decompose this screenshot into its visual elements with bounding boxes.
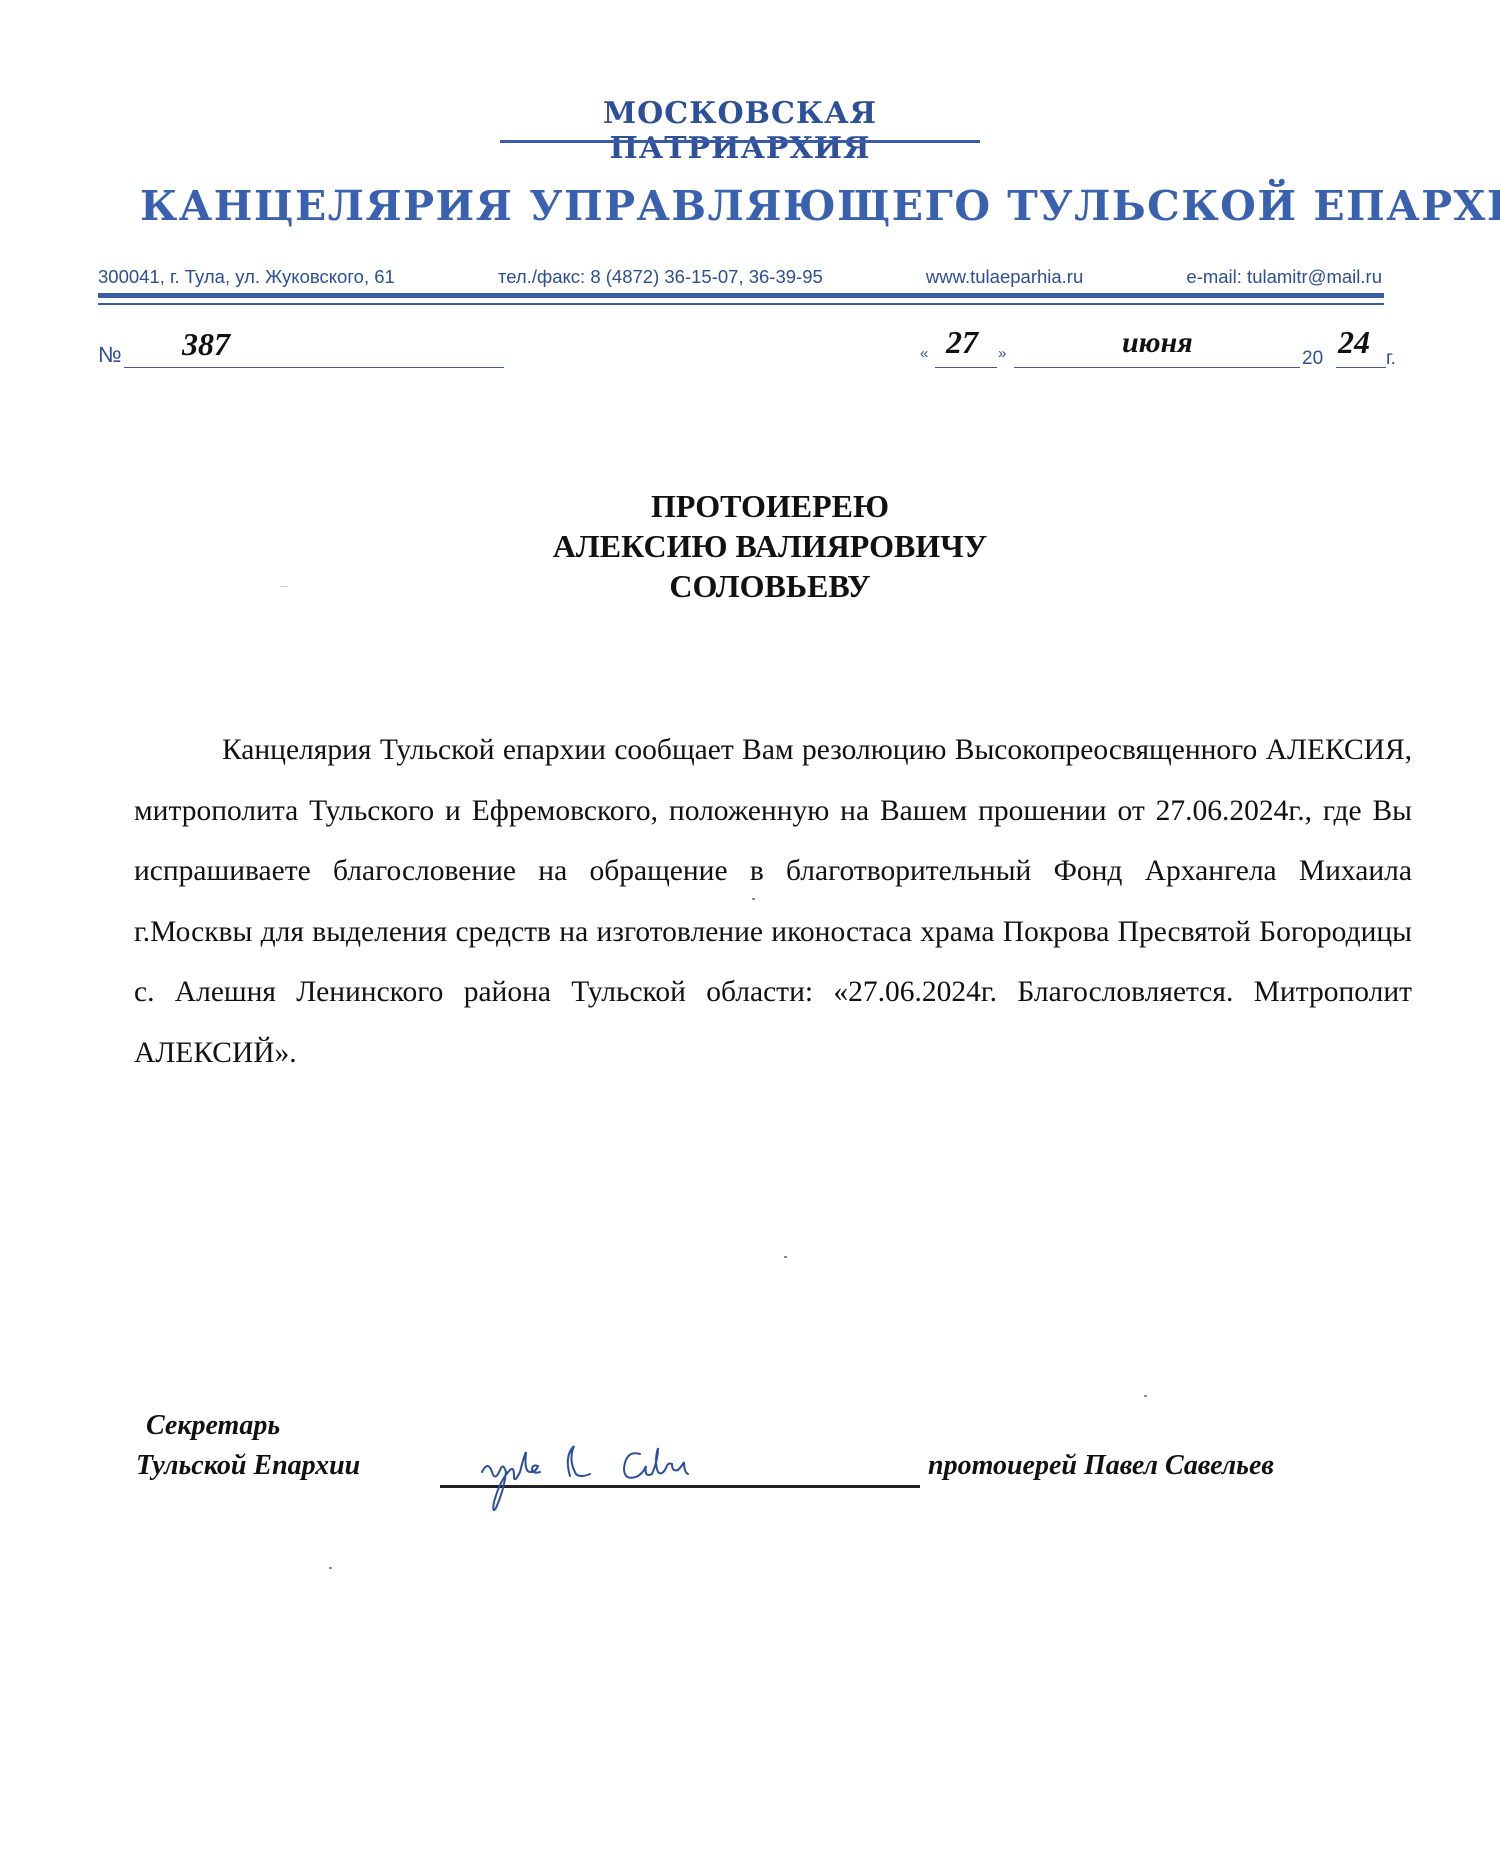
addressee-surname: СОЛОВЬЕВУ — [400, 566, 1140, 606]
number-underline — [124, 367, 504, 368]
year-underline — [1336, 367, 1386, 368]
header-rule-thin — [98, 303, 1384, 305]
patriarchy-underline — [500, 140, 980, 143]
scan-speck — [784, 1256, 787, 1258]
date-quote-open: « — [920, 345, 928, 362]
scan-speck — [752, 898, 755, 900]
year-suffix: г. — [1386, 348, 1396, 370]
patriarchy-heading: МОСКОВСКАЯ ПАТРИАРХИЯ — [500, 96, 980, 166]
addressee-block: ПРОТОИЕРЕЮ АЛЕКСИЮ ВАЛИЯРОВИЧУ СОЛОВЬЕВУ — [400, 486, 1140, 606]
header-rule-thick — [98, 293, 1384, 298]
scan-speck — [1144, 1395, 1147, 1397]
date-month: июня — [1122, 326, 1193, 360]
letter-body: Канцелярия Тульской епархии сообщает Вам… — [134, 720, 1412, 1083]
month-underline — [1014, 367, 1300, 368]
contact-line: 300041, г. Тула, ул. Жуковского, 61 тел.… — [98, 266, 1382, 288]
letter-page: МОСКОВСКАЯ ПАТРИАРХИЯ КАНЦЕЛЯРИЯ УПРАВЛЯ… — [0, 0, 1500, 1860]
email-link[interactable]: e-mail: tulamitr@mail.ru — [1186, 266, 1382, 288]
addressee-name: АЛЕКСИЮ ВАЛИЯРОВИЧУ — [400, 526, 1140, 566]
document-number: 387 — [182, 326, 230, 363]
date-quote-close: » — [998, 345, 1006, 362]
phone-text: тел./факс: 8 (4872) 36-15-07, 36-39-95 — [498, 266, 823, 288]
scan-speck — [280, 586, 288, 587]
date-day: 27 — [946, 324, 978, 361]
year-prefix: 20 — [1302, 348, 1323, 370]
date-year: 24 — [1338, 324, 1370, 361]
address-text: 300041, г. Тула, ул. Жуковского, 61 — [98, 266, 395, 288]
signer-position-line2: Тульской Епархии — [136, 1450, 360, 1482]
addressee-title: ПРОТОИЕРЕЮ — [400, 486, 1140, 526]
scan-speck — [329, 1567, 332, 1569]
website-link[interactable]: www.tulaeparhia.ru — [926, 266, 1083, 288]
handwritten-signature-icon — [470, 1432, 750, 1512]
day-underline — [935, 367, 997, 368]
signer-name: протоиерей Павел Савельев — [928, 1450, 1274, 1482]
chancellery-heading: КАНЦЕЛЯРИЯ УПРАВЛЯЮЩЕГО ТУЛЬСКОЙ ЕПАРХИЕ… — [140, 182, 1350, 230]
signer-position-line1: Секретарь — [146, 1410, 280, 1442]
number-label: № — [98, 342, 122, 368]
